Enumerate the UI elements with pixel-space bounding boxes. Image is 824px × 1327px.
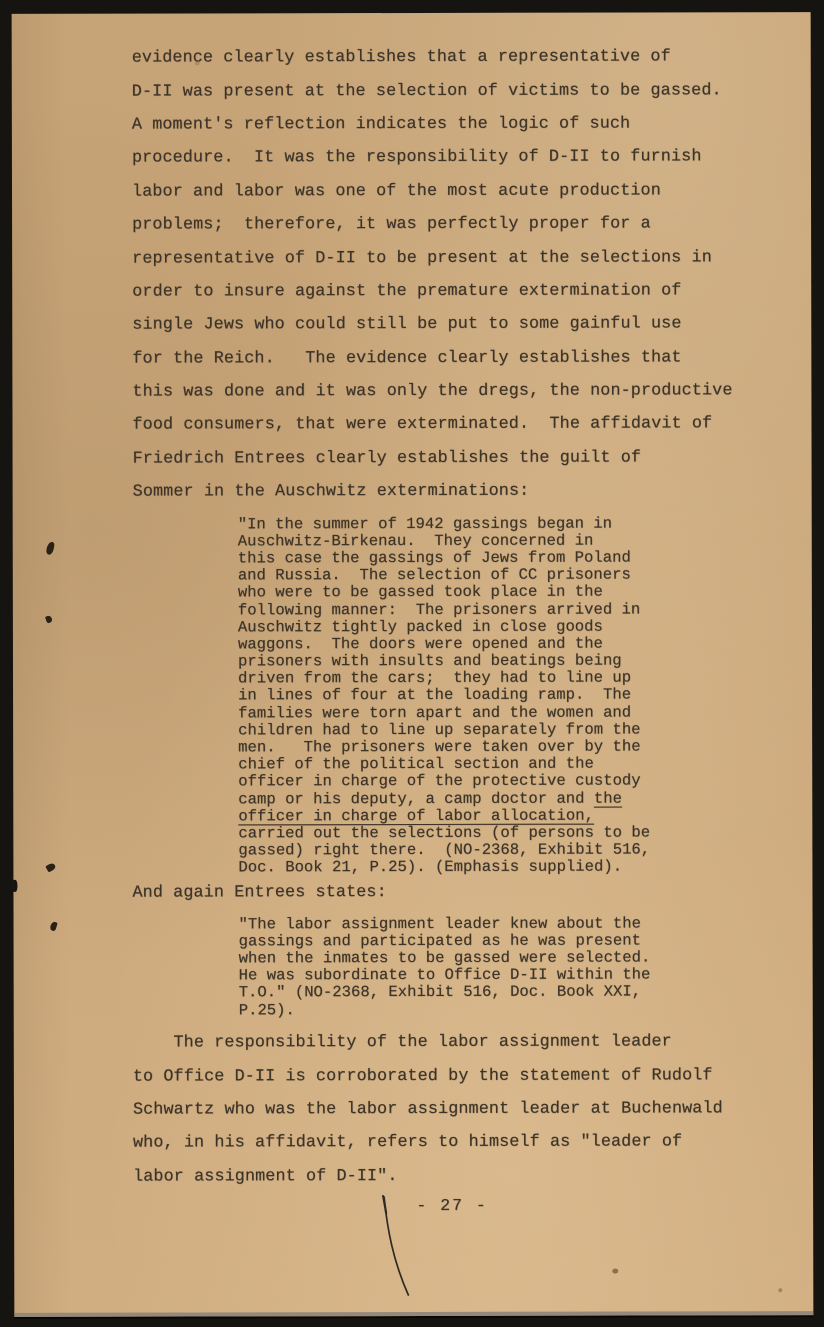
text-line: labor and labor was one of the most acut… (132, 174, 772, 209)
text-line: prisoners with insults and beatings bein… (238, 652, 708, 670)
text-line: P.25). (239, 1000, 709, 1018)
ink-mark (13, 880, 17, 892)
typewritten-text-layer: evidence clearly establishes that a repr… (12, 12, 814, 1313)
text-line: problems; therefore, it was perfectly pr… (132, 207, 772, 242)
text-line: procedure. It was the responsibility of … (132, 140, 772, 175)
paper-stain (778, 1288, 782, 1292)
text-line: food consumers, that were exterminated. … (132, 408, 772, 443)
text-line: order to insure against the premature ex… (132, 274, 772, 309)
text-line: families were torn apart and the women a… (238, 703, 708, 721)
text-line: officer in charge of labor allocation, (238, 807, 708, 825)
text-line: in lines of four at the loading ramp. Th… (238, 686, 708, 704)
text-line: The responsibility of the labor assignme… (133, 1025, 773, 1060)
text-line: and Russia. The selection of CC prisoner… (238, 566, 708, 584)
text-line: D-II was present at the selection of vic… (132, 74, 772, 109)
text-line: following manner: The prisoners arrived … (238, 600, 708, 618)
paper-stain (195, 61, 200, 65)
text-line: Auschwitz tightly packed in close goods (238, 618, 708, 636)
text-line: when the inmates to be gassed were selec… (239, 949, 709, 967)
text-line: camp or his deputy, a camp doctor and th… (238, 789, 708, 807)
text-line: driven from the cars; they had to line u… (238, 669, 708, 687)
text-line: carried out the selections (of persons t… (238, 824, 708, 842)
text-line: representative of D-II to be present at … (132, 241, 772, 276)
text-line: to Office D-II is corroborated by the st… (133, 1059, 773, 1094)
text-line: officer in charge of the protective cust… (238, 772, 708, 790)
text-line: children had to line up separately from … (238, 721, 708, 739)
block-quote-entrees-2: "The labor assignment leader knew about … (239, 914, 709, 1018)
text-line: this case the gassings of Jews from Pola… (238, 549, 708, 567)
text-line: chief of the political section and the (238, 755, 708, 773)
paper-stain (612, 1269, 618, 1274)
text-line: gassings and participated as he was pres… (239, 932, 709, 950)
text-line: Doc. Book 21, P.25). (Emphasis supplied)… (238, 858, 708, 876)
text-line: Friedrich Entrees clearly establishes th… (133, 441, 773, 476)
text-line: gassed) right there. (NO-2368, Exhibit 5… (238, 841, 708, 859)
pen-stroke-mark (374, 1191, 424, 1307)
text-line: Sommer in the Auschwitz exterminations: (133, 474, 773, 509)
body-paragraph-2: The responsibility of the labor assignme… (133, 1025, 773, 1193)
text-line: evidence clearly establishes that a repr… (132, 40, 772, 75)
document-page: evidence clearly establishes that a repr… (12, 12, 814, 1317)
body-paragraph-1: evidence clearly establishes that a repr… (132, 40, 773, 509)
text-line: waggons. The doors were opened and the (238, 635, 708, 653)
text-line: "The labor assignment leader knew about … (239, 914, 709, 932)
text-line: men. The prisoners were taken over by th… (238, 738, 708, 756)
text-line: this was done and it was only the dregs,… (132, 374, 772, 409)
text-line: single Jews who could still be put to so… (132, 307, 772, 342)
text-line: T.O." (NO-2368, Exhibit 516, Doc. Book X… (239, 983, 709, 1001)
transition-line: And again Entrees states: (132, 882, 632, 903)
text-line: Auschwitz-Birkenau. They concerned in (238, 532, 708, 550)
text-line: He was subordinate to Office D-II within… (239, 966, 709, 984)
block-quote-entrees-1: "In the summer of 1942 gassings began in… (238, 514, 709, 876)
text-line: labor assignment of D-II". (133, 1159, 773, 1194)
text-line: A moment's reflection indicates the logi… (132, 107, 772, 142)
text-line: who, in his affidavit, refers to himself… (133, 1125, 773, 1160)
text-line: for the Reich. The evidence clearly esta… (132, 341, 772, 376)
text-line: "In the summer of 1942 gassings began in (238, 514, 708, 532)
text-line: Schwartz who was the labor assignment le… (133, 1092, 773, 1127)
text-line: who were to be gassed took place in the (238, 583, 708, 601)
